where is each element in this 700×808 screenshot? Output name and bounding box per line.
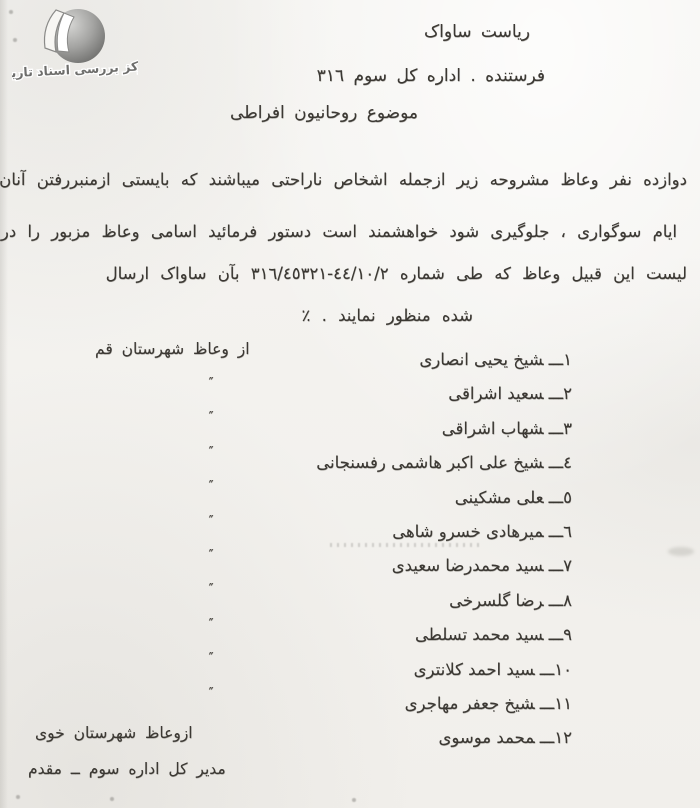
scan-smudge [668, 547, 694, 556]
list-item-10: ١٠ـــسید احمد کلانتری [102, 653, 572, 687]
item-number: ٩ [563, 625, 572, 644]
margin-note-khoy: ازوعاظ شهرستان خوی [35, 724, 193, 742]
body-line-3: لیست این قبیل وعاظ که طی شماره ٤٤/١٠/٢-٣… [106, 264, 687, 283]
list-item-7: ٧ـــسید محمدرضا سعیدی [102, 549, 572, 583]
item-name: سعید اشراقی [448, 384, 543, 403]
item-number: ١١ [554, 694, 572, 713]
item-number: ١ [563, 350, 572, 369]
item-dash: ـــ [544, 453, 564, 472]
list-item-5: ٥ـــعلی مشکینی [102, 481, 572, 515]
item-name: رضا گلسرخی [449, 591, 543, 610]
body-line-3-text: بآن ساواک ارسال [106, 264, 251, 283]
ditto-mark: ″ [198, 608, 224, 642]
item-number: ٤ [563, 453, 572, 472]
list-item-8: ٨ـــرضا گلسرخی [102, 584, 572, 618]
logo-caption: مرکز بررسی اسناد تاریخی [12, 58, 138, 82]
item-name: سید محمد تسلطی [415, 625, 544, 644]
item-number: ٢ [563, 384, 572, 403]
ditto-mark: ″ [198, 436, 224, 470]
item-number: ٨ [563, 591, 572, 610]
item-number: ٧ [563, 556, 572, 575]
item-number: ١٢ [554, 728, 572, 747]
item-name: میرهادی خسرو شاهی [392, 522, 543, 541]
item-name: سید احمد کلانتری [414, 660, 535, 679]
scan-speck [352, 798, 356, 802]
logo-globe-icon: مرکز بررسی اسناد تاریخی [12, 6, 138, 86]
ditto-mark: ″ [198, 505, 224, 539]
item-name: شهاب اشراقی [442, 419, 544, 438]
item-dash: ـــ [535, 728, 555, 747]
scan-edge-shadow [0, 0, 8, 808]
list-item-11: ١١ـــشیخ جعفر مهاجری [102, 687, 572, 721]
preachers-list: ١ـــشیخ یحیی انصاری ٢ـــسعید اشراقی ٣ـــ… [102, 343, 572, 756]
item-name: شیخ جعفر مهاجری [405, 694, 535, 713]
item-name: سید محمدرضا سعیدی [392, 556, 544, 575]
list-item-2: ٢ـــسعید اشراقی [102, 377, 572, 411]
ditto-mark: ″ [198, 539, 224, 573]
item-name: شیخ یحیی انصاری [419, 350, 543, 369]
ditto-mark: ″ [198, 573, 224, 607]
list-item-4: ٤ـــشیخ علی اکبر هاشمی رفسنجانی [102, 446, 572, 480]
subject-line: موضوع روحانیون افراطی [230, 103, 418, 123]
body-line-4: شده منظور نمایند . ٪ [302, 306, 473, 325]
list-item-6: ٦ـــمیرهادی خسرو شاهی [102, 515, 572, 549]
body-line-3-text: لیست این قبیل وعاظ که طی شماره [389, 264, 687, 283]
document-number: ٤٤/١٠/٢-٣١٦/٤٥٣٢١ [251, 264, 389, 283]
item-dash: ـــ [544, 625, 564, 644]
scanned-document-page: { "logo": { "caption": "مرکز بررسی اسناد… [0, 0, 700, 808]
archive-logo: مرکز بررسی اسناد تاریخی [12, 6, 138, 86]
header-recipient: ریاست ساواک [424, 22, 530, 42]
item-dash: ـــ [544, 591, 564, 610]
item-name: شیخ علی اکبر هاشمی رفسنجانی [316, 453, 543, 472]
item-number: ٦ [563, 522, 572, 541]
item-dash: ـــ [535, 660, 555, 679]
item-dash: ـــ [544, 350, 564, 369]
item-name: محمد موسوی [438, 728, 534, 747]
ditto-mark: ″ [198, 401, 224, 435]
list-item-3: ٣ـــشهاب اشراقی [102, 412, 572, 446]
ditto-mark: ″ [198, 677, 224, 711]
item-dash: ـــ [544, 522, 564, 541]
item-number: ١٠ [554, 660, 572, 679]
body-line-2: ایام سوگواری ، جلوگیری شود خواهشمند است … [1, 222, 677, 241]
ditto-column: ″ ″ ″ ″ ″ ″ ″ ″ ″ ″ [198, 367, 224, 711]
item-number: ٥ [563, 488, 572, 507]
item-dash: ـــ [544, 384, 564, 403]
item-dash: ـــ [544, 419, 564, 438]
ditto-mark: ″ [198, 642, 224, 676]
scan-speck [16, 795, 20, 799]
item-number: ٣ [563, 419, 572, 438]
scan-speck [110, 797, 114, 801]
signature-line: مدیر کل اداره سوم ــ مقدم [28, 760, 226, 778]
item-dash: ـــ [544, 556, 564, 575]
ditto-mark: ″ [198, 470, 224, 504]
body-line-1: دوازده نفر وعاظ مشروحه زیر ازجمله اشخاص … [0, 170, 687, 189]
item-dash: ـــ [544, 488, 564, 507]
header-sender: فرستنده . اداره کل سوم ٣١٦ [317, 66, 545, 86]
margin-note-qom: از وعاظ شهرستان قم [95, 340, 250, 358]
ditto-mark: ″ [198, 367, 224, 401]
item-dash: ـــ [535, 694, 555, 713]
list-item-9: ٩ـــسید محمد تسلطی [102, 618, 572, 652]
item-name: علی مشکینی [455, 488, 544, 507]
